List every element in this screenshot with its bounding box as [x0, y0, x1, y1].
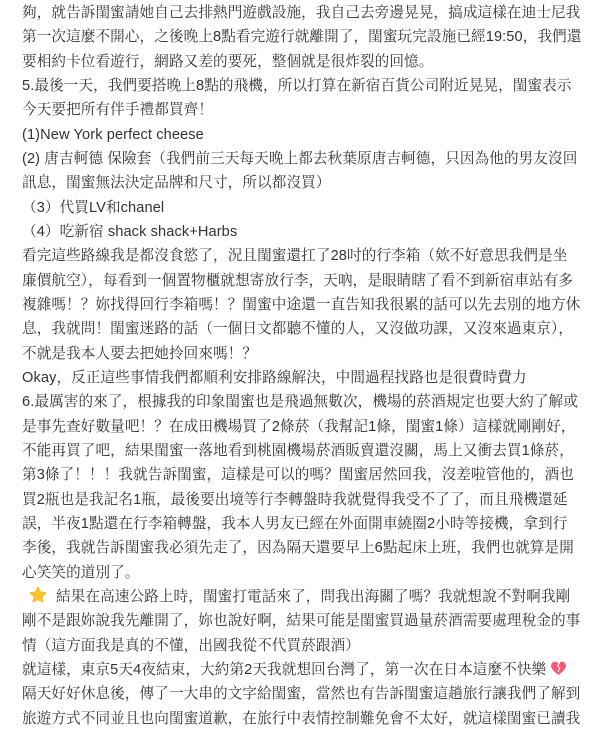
paragraph: 看完這些路線我是都沒食慾了，況且閨蜜還扛了28吋的行李箱（欸不好意思我們是坐廉價…: [22, 244, 582, 366]
paragraph-text: (1)New York perfect cheese: [22, 127, 204, 143]
broken-heart-icon: [550, 660, 567, 676]
paragraph: 5.最後一天，我們要搭晚上8點的飛機，所以打算在新宿百貨公司附近晃晃，閨蜜表示今…: [22, 74, 582, 123]
paragraph: (1)New York perfect cheese: [22, 123, 582, 147]
paragraph: （4）吃新宿 shack shack+Harbs: [22, 220, 582, 244]
paragraph-text: (2) 唐吉軻德 保險套（我們前三天每天晚上都去秋葉原唐吉軻德，只因為他的男友沒…: [22, 151, 577, 191]
paragraph-text: （4）吃新宿 shack shack+Harbs: [22, 224, 237, 240]
paragraph-text: Okay，反正這些事情我們都順利安排路線解決，中間過程找路也是很費時費力: [22, 370, 527, 386]
paragraph-text: 看完這些路線我是都沒食慾了，況且閨蜜還扛了28吋的行李箱（欸不好意思我們是坐廉價…: [22, 248, 580, 361]
paragraph-text: 5.最後一天，我們要搭晚上8點的飛機，所以打算在新宿百貨公司附近晃晃，閨蜜表示今…: [22, 78, 572, 118]
post-body: 夠，就告訴閨蜜請她自己去排熱門遊戲設施，我自己去旁邊晃晃，搞成這樣在迪士尼我第一…: [0, 0, 600, 730]
paragraph-text: 6.最厲害的來了，根據我的印象閨蜜也是飛過無數次，機場的菸酒規定也要大約了解或是…: [22, 394, 578, 580]
paragraph-text: 就這樣，東京5天4夜結束，大約第2天我就想回台灣了，第一次在日本這麼不快樂: [22, 662, 546, 678]
paragraph: 夠，就告訴閨蜜請她自己去排熱門遊戲設施，我自己去旁邊晃晃，搞成這樣在迪士尼我第一…: [22, 1, 582, 74]
paragraph: (2) 唐吉軻德 保險套（我們前三天每天晚上都去秋葉原唐吉軻德，只因為他的男友沒…: [22, 147, 582, 196]
paragraph: 結果在高速公路上時，閨蜜打電話來了，問我出海關了嗎？我就想說不對啊我剛剛不是跟妳…: [22, 585, 582, 658]
paragraph: Okay，反正這些事情我們都順利安排路線解決，中間過程找路也是很費時費力: [22, 366, 582, 390]
paragraph-text: 結果在高速公路上時，閨蜜打電話來了，問我出海關了嗎？我就想說不對啊我剛剛不是跟妳…: [22, 589, 580, 654]
paragraph: 隔天好好休息後，傳了一大串的文字給閨蜜，當然也有告訴閨蜜這趟旅行讓我們了解到旅遊…: [22, 682, 582, 730]
star-icon: [29, 586, 47, 603]
paragraph: （3）代買LV和chanel: [22, 196, 582, 220]
paragraph-text: （3）代買LV和chanel: [22, 200, 164, 216]
paragraph-text: 夠，就告訴閨蜜請她自己去排熱門遊戲設施，我自己去旁邊晃晃，搞成這樣在迪士尼我第一…: [22, 5, 582, 70]
paragraph: 6.最厲害的來了，根據我的印象閨蜜也是飛過無數次，機場的菸酒規定也要大約了解或是…: [22, 390, 582, 585]
paragraph-text: 隔天好好休息後，傳了一大串的文字給閨蜜，當然也有告訴閨蜜這趟旅行讓我們了解到旅遊…: [22, 686, 580, 726]
paragraph: 就這樣，東京5天4夜結束，大約第2天我就想回台灣了，第一次在日本這麼不快樂: [22, 658, 582, 682]
